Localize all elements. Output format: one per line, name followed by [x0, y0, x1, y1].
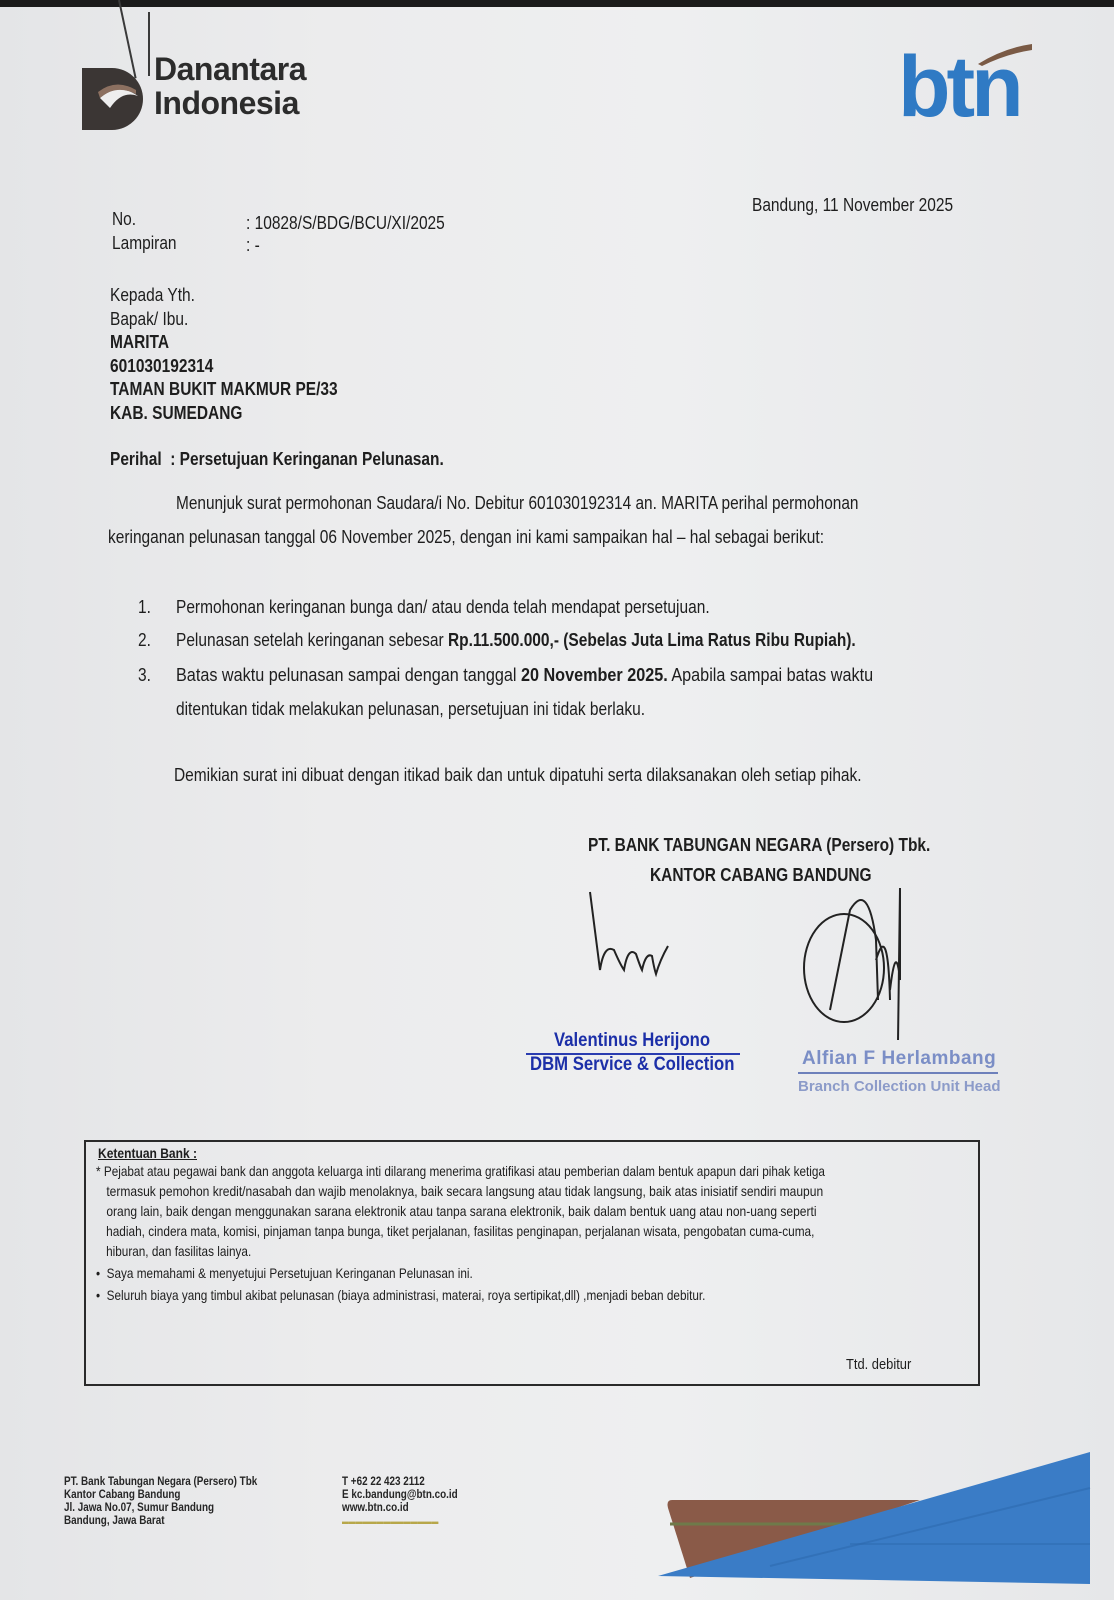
place-date: Bandung, 11 November 2025 — [752, 194, 953, 217]
recipient-address-1: TAMAN BUKIT MAKMUR PE/33 — [110, 378, 338, 402]
debtor-signature-label: Ttd. debitur — [846, 1356, 911, 1373]
signatory-2-name: Alfian F Herlambang — [802, 1048, 996, 1070]
meta-lampiran-label: Lampiran — [112, 232, 177, 255]
footer-website[interactable]: www.btn.co.id — [342, 1502, 458, 1515]
signatory-2-underline — [798, 1072, 998, 1074]
company-name: PT. BANK TABUNGAN NEGARA (Persero) Tbk. — [588, 834, 930, 857]
recipient-address-2: KAB. SUMEDANG — [110, 402, 338, 426]
btn-logo: btn — [898, 44, 1020, 130]
footer-faint-line: ▬▬▬▬▬▬▬▬▬▬▬▬▬▬ — [342, 1515, 458, 1528]
danantara-logo: Danantara Indonesia — [82, 50, 352, 125]
terms-bullet-3: • Seluruh biaya yang timbul akibat pelun… — [96, 1286, 705, 1304]
deadline-date: 20 November 2025. — [521, 665, 668, 685]
subject-label: Perihal — [110, 449, 162, 469]
footer-contact: T +62 22 423 2112 E kc.bandung@btn.co.id… — [342, 1476, 458, 1528]
meta-lampiran-value: : - — [246, 234, 260, 257]
intro-line-2: keringanan pelunasan tanggal 06 November… — [108, 526, 824, 549]
footer-decor-shape — [650, 1448, 1114, 1588]
footer-address: PT. Bank Tabungan Negara (Persero) Tbk K… — [64, 1476, 257, 1528]
btn-accent-icon — [976, 44, 1034, 66]
signatory-1-name: Valentinus Herijono — [554, 1030, 710, 1052]
subject-text: Persetujuan Keringanan Pelunasan. — [180, 449, 444, 469]
terms-bullet-2: • Saya memahami & menyetujui Persetujuan… — [96, 1264, 473, 1282]
recipient-name: MARITA — [110, 331, 338, 355]
meta-no-value: : 10828/S/BDG/BCU/XI/2025 — [246, 212, 445, 235]
closing-text: Demikian surat ini dibuat dengan itikad … — [174, 764, 862, 787]
photo-top-edge — [0, 0, 1114, 7]
logo-text-line2: Indonesia — [154, 86, 299, 120]
footer-email[interactable]: E kc.bandung@btn.co.id — [342, 1489, 458, 1502]
danantara-d-mark-icon — [82, 68, 144, 130]
terms-title: Ketentuan Bank : — [98, 1144, 197, 1162]
signatory-1-title: DBM Service & Collection — [530, 1054, 734, 1076]
recipient-salutation: Kepada Yth. — [110, 284, 338, 308]
signatory-2-title: Branch Collection Unit Head — [798, 1078, 1001, 1095]
recipient-title: Bapak/ Ibu. — [110, 308, 338, 332]
footer-phone: T +62 22 423 2112 — [342, 1476, 458, 1489]
recipient-debtor-no: 601030192314 — [110, 355, 338, 379]
signature-2 — [800, 880, 940, 1040]
signature-1 — [580, 884, 710, 994]
settlement-amount: Rp.11.500.000,- (Sebelas Juta Lima Ratus… — [448, 630, 856, 650]
recipient-block: Kepada Yth. Bapak/ Ibu. MARITA 601030192… — [110, 284, 375, 425]
meta-no-label: No. — [112, 208, 136, 231]
intro-line-1: Menunjuk surat permohonan Saudara/i No. … — [176, 492, 858, 515]
subject-line: Perihal : Persetujuan Keringanan Pelunas… — [110, 448, 444, 471]
terms-bullet-1: * Pejabat atau pegawai bank dan anggota … — [96, 1162, 964, 1260]
logo-text-line1: Danantara — [154, 52, 306, 86]
